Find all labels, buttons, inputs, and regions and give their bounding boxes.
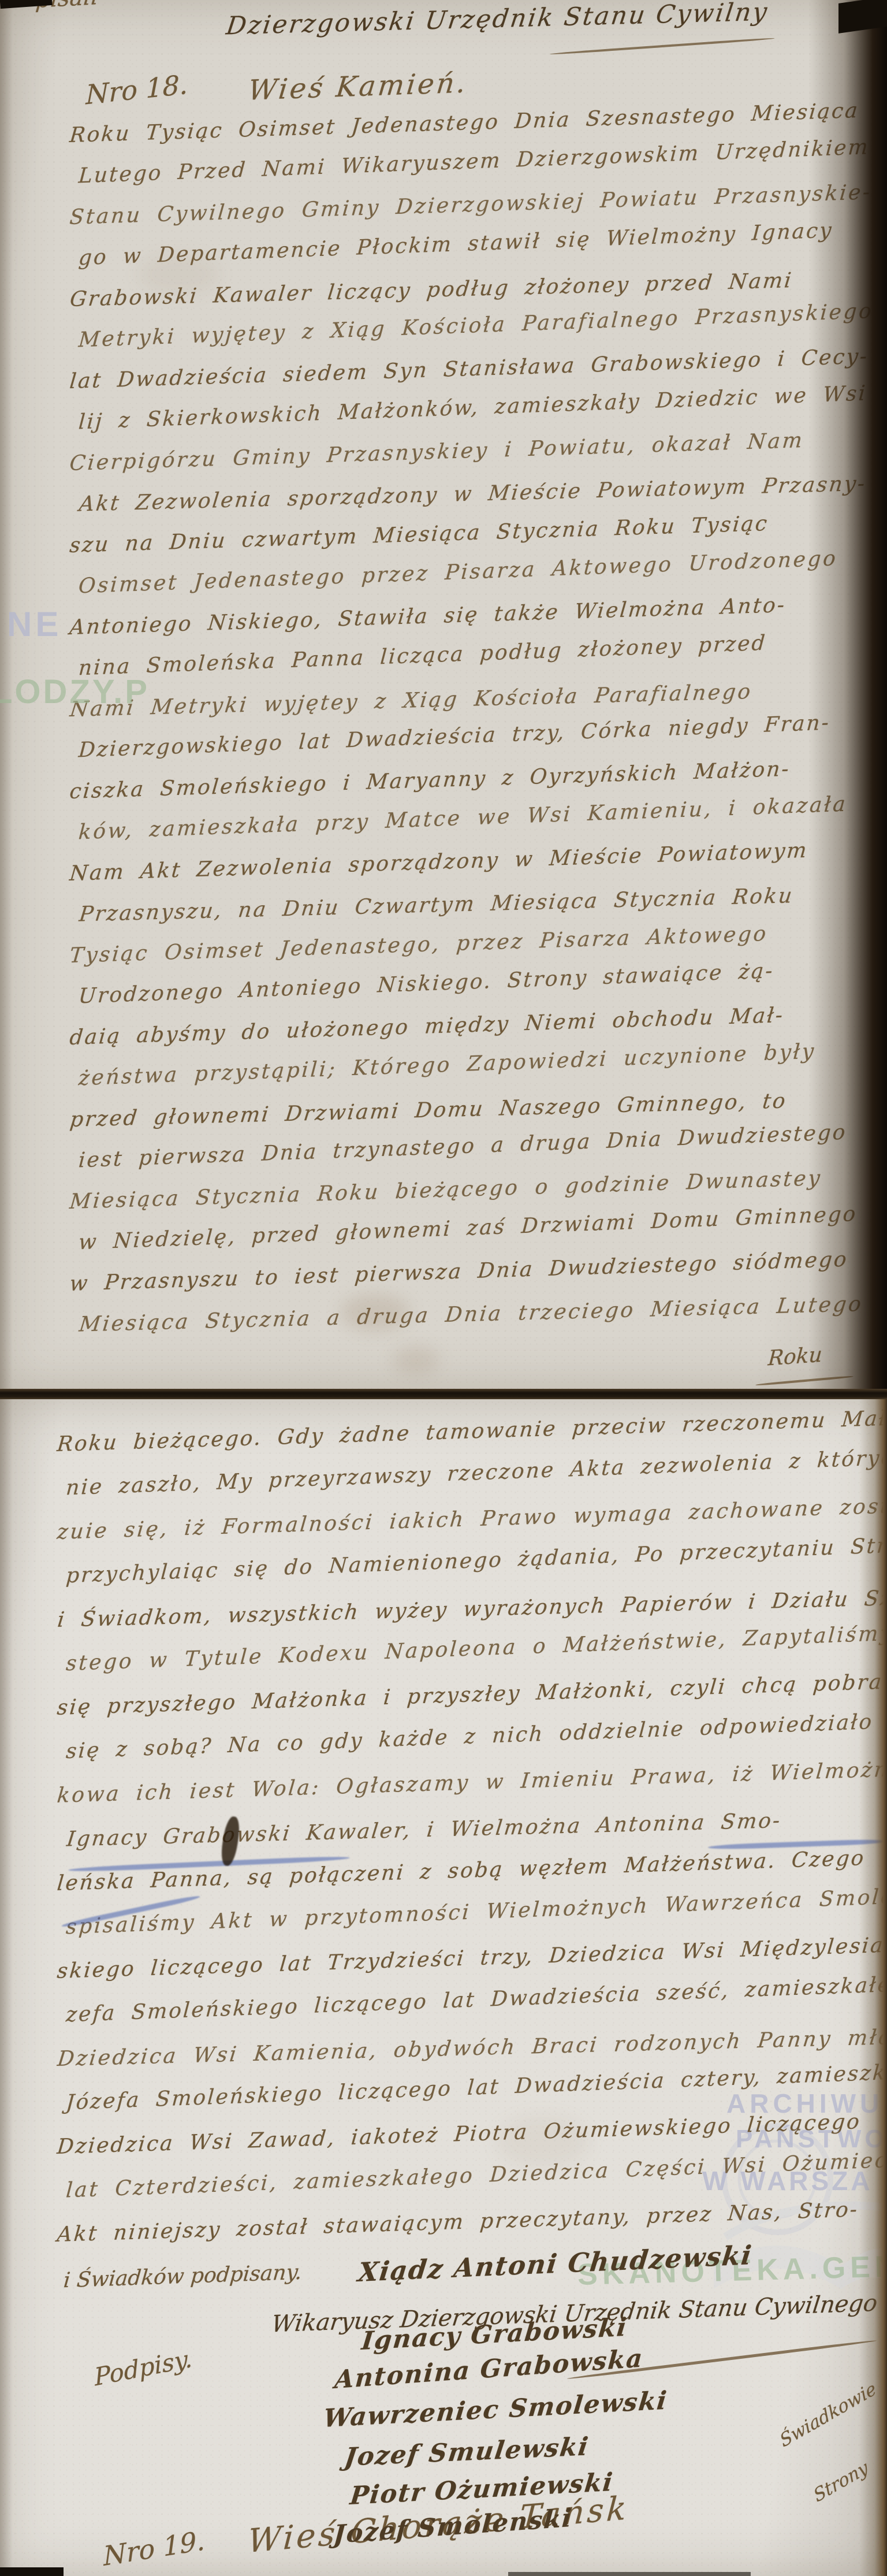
watermark-genealodzy: LODZY.P: [0, 672, 150, 711]
page-gap: [0, 1389, 887, 1400]
paper-stain: [393, 1346, 439, 1375]
paper-stain: [497, 2116, 589, 2168]
paper-stain: [341, 1294, 410, 1331]
record-number: Nro 18.: [85, 69, 188, 111]
page2-text-block: Roku bieżącego. Gdy żadne tamowanie prze…: [55, 1433, 864, 2267]
book-gutter-shadow: [808, 0, 887, 1392]
signatures-label: Podpisy.: [93, 2344, 193, 2392]
watermark-left-fragment: NE: [7, 604, 62, 644]
dark-corner: [0, 2567, 64, 2576]
page2-right-fold: [859, 1399, 887, 2576]
record-title-village: Wieś Kamień.: [247, 66, 469, 107]
signature-list: Ignacy GrabowskiAntonina GrabowskaWawrze…: [323, 2327, 666, 2559]
signature-flourish: [550, 37, 774, 55]
next-record-number: Nro 19.: [103, 2525, 206, 2572]
page1-text-block: Roku Tysiąc Osimset Jedenastego Dnia Sze…: [68, 124, 871, 1354]
page1-top-officiant-signature: Dzierzgowski Urzędnik Stanu Cywilny: [225, 0, 770, 40]
paper-stain: [139, 254, 219, 295]
manuscript-page-1: pisali Dzierzgowski Urzędnik Stanu Cywil…: [0, 0, 887, 1391]
dark-edge: [508, 2572, 751, 2576]
manuscript-scan: pisali Dzierzgowski Urzędnik Stanu Cywil…: [0, 0, 887, 2576]
page2-left-edge-shadow: [0, 1399, 13, 2576]
